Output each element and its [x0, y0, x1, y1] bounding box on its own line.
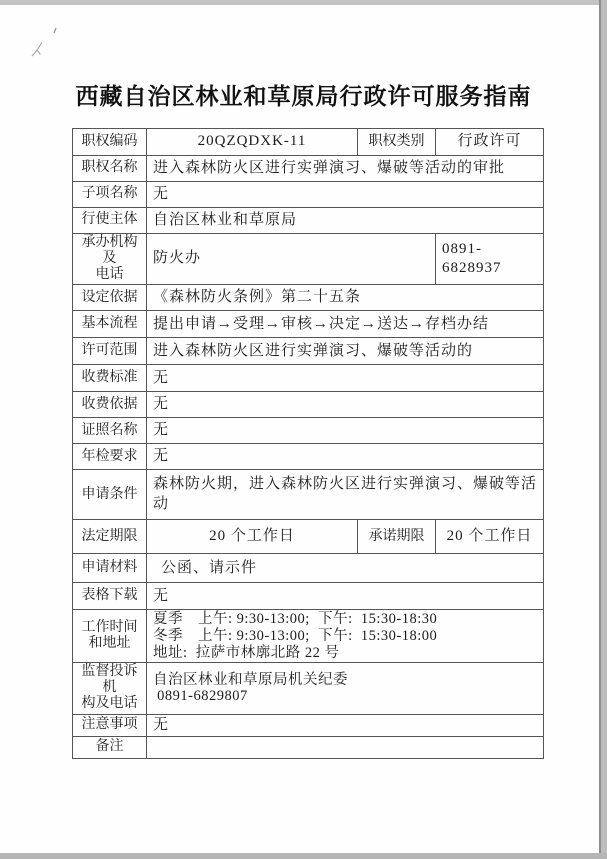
row-value: 无 — [147, 583, 544, 610]
row-value: 无 — [147, 444, 544, 470]
scan-edge-bottom — [0, 853, 607, 859]
row-value-line: 地址: 拉萨市林廓北路 22 号 — [153, 645, 537, 662]
row-label: 年检要求 — [73, 444, 147, 470]
row-value: 20 个工作日 — [436, 520, 544, 554]
row-label-line: 工作时间 — [79, 620, 140, 636]
table-row: 基本流程 提出申请→受理→审核→决定→送达→存档办结 — [73, 311, 544, 338]
row-label-line: 构及电话 — [79, 696, 140, 712]
row-label: 许可范围 — [73, 338, 147, 365]
row-value: 防火办 — [147, 234, 436, 285]
row-label: 备注 — [73, 737, 147, 759]
scan-edge-top — [0, 0, 607, 5]
row-phone: 0891-6828937 — [436, 234, 544, 285]
page-title: 西藏自治区林业和草原局行政许可服务指南 — [0, 78, 607, 111]
table-row: 行使主体 自治区林业和草原局 — [73, 208, 544, 234]
row-value: 无 — [147, 418, 544, 444]
row-value: 森林防火期，进入森林防火区进行实弹演习、爆破等活动 — [147, 470, 544, 520]
row-value: 《森林防火条例》第二十五条 — [147, 285, 544, 311]
row-label: 工作时间 和地址 — [73, 610, 147, 663]
row-value: 无 — [147, 182, 544, 208]
row-label: 行使主体 — [73, 208, 147, 234]
row-value: 无 — [147, 392, 544, 418]
row-label: 表格下载 — [73, 583, 147, 610]
table-row: 证照名称 无 — [73, 418, 544, 444]
row-label: 承诺期限 — [358, 520, 436, 554]
row-label: 基本流程 — [73, 311, 147, 338]
table-row: 工作时间 和地址 夏季 上午: 9:30-13:00; 下午: 15:30-18… — [73, 610, 544, 663]
row-value: 公函、请示件 — [147, 554, 544, 583]
row-label: 监督投诉机 构及电话 — [73, 663, 147, 714]
row-label: 职权编码 — [73, 129, 147, 156]
row-label: 职权类别 — [358, 129, 436, 156]
row-value: 20QZQDXK-11 — [147, 129, 358, 156]
table-row: 职权编码 20QZQDXK-11 职权类别 行政许可 — [73, 129, 544, 156]
row-value — [147, 737, 544, 759]
table-row: 年检要求 无 — [73, 444, 544, 470]
table-row: 备注 — [73, 737, 544, 759]
service-guide-table: 职权编码 20QZQDXK-11 职权类别 行政许可 职权名称 进入森林防火区进… — [72, 128, 544, 759]
row-value: 提出申请→受理→审核→决定→送达→存档办结 — [147, 311, 544, 338]
row-value: 20 个工作日 — [147, 520, 358, 554]
table-row: 许可范围 进入森林防火区进行实弹演习、爆破等活动的 — [73, 338, 544, 365]
row-label: 申请条件 — [73, 470, 147, 520]
row-value: 无 — [147, 714, 544, 737]
table-row: 承办机构及 电话 防火办 0891-6828937 — [73, 234, 544, 285]
table-row: 设定依据 《森林防火条例》第二十五条 — [73, 285, 544, 311]
row-label: 设定依据 — [73, 285, 147, 311]
table-row: 注意事项 无 — [73, 714, 544, 737]
row-value-line: 0891-6829807 — [153, 688, 537, 705]
row-value: 进入森林防火区进行实弹演习、爆破等活动的 — [147, 338, 544, 365]
row-label: 法定期限 — [73, 520, 147, 554]
row-value: 进入森林防火区进行实弹演习、爆破等活动的审批 — [147, 156, 544, 182]
table-row: 表格下载 无 — [73, 583, 544, 610]
row-value-line: 自治区林业和草原局机关纪委 — [153, 672, 537, 689]
table-row: 职权名称 进入森林防火区进行实弹演习、爆破等活动的审批 — [73, 156, 544, 182]
row-label: 收费标准 — [73, 365, 147, 392]
row-label: 子项名称 — [73, 182, 147, 208]
row-label-line: 电话 — [79, 267, 140, 283]
row-value-line: 冬季 上午: 9:30-13:00; 下午: 15:30-18:00 — [153, 628, 537, 645]
table-row: 子项名称 无 — [73, 182, 544, 208]
row-value: 夏季 上午: 9:30-13:00; 下午: 15:30-18:30 冬季 上午… — [147, 610, 544, 663]
table-row: 法定期限 20 个工作日 承诺期限 20 个工作日 — [73, 520, 544, 554]
row-value: 无 — [147, 365, 544, 392]
row-value-line: 夏季 上午: 9:30-13:00; 下午: 15:30-18:30 — [153, 611, 537, 628]
scan-edge-right — [599, 0, 607, 859]
row-label: 申请材料 — [73, 554, 147, 583]
table-row: 申请条件 森林防火期，进入森林防火区进行实弹演习、爆破等活动 — [73, 470, 544, 520]
row-label: 承办机构及 电话 — [73, 234, 147, 285]
row-value: 行政许可 — [436, 129, 544, 156]
table-row: 监督投诉机 构及电话 自治区林业和草原局机关纪委 0891-6829807 — [73, 663, 544, 714]
pen-mark — [22, 20, 72, 65]
row-label-line: 承办机构及 — [79, 235, 140, 267]
row-value: 自治区林业和草原局 — [147, 208, 544, 234]
row-label: 收费依据 — [73, 392, 147, 418]
table-row: 收费依据 无 — [73, 392, 544, 418]
row-label: 注意事项 — [73, 714, 147, 737]
row-label: 职权名称 — [73, 156, 147, 182]
row-label-line: 监督投诉机 — [79, 664, 140, 696]
row-value: 自治区林业和草原局机关纪委 0891-6829807 — [147, 663, 544, 714]
table-row: 收费标准 无 — [73, 365, 544, 392]
row-label: 证照名称 — [73, 418, 147, 444]
row-label-line: 和地址 — [79, 636, 140, 652]
table-row: 申请材料 公函、请示件 — [73, 554, 544, 583]
